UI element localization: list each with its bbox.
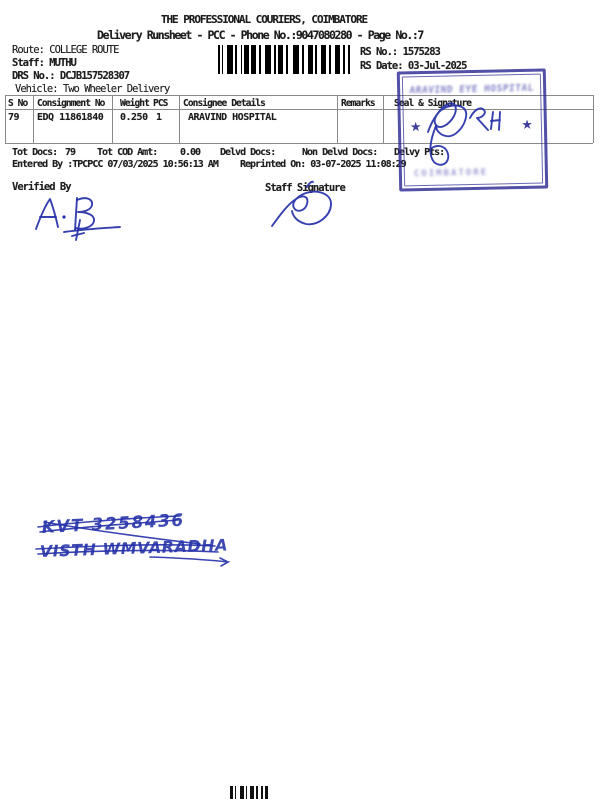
rs-no-value: 1575283 bbox=[403, 46, 440, 58]
table-vline bbox=[337, 95, 338, 143]
staff-signature-label: Staff Signature bbox=[265, 182, 345, 194]
drs-value: DCJB157528307 bbox=[60, 70, 129, 82]
crossed-out-handwriting-line-1: KVT 3258436 bbox=[38, 511, 200, 544]
route-line: Route: COLLEGE ROUTE bbox=[12, 44, 118, 56]
verified-by-label: Verified By bbox=[12, 181, 71, 193]
runsheet-subtitle: Delivery Runsheet - PCC - Phone No.:9047… bbox=[0, 28, 520, 42]
row-s-no: 79 bbox=[8, 112, 19, 123]
rs-no-label: RS No.: bbox=[360, 46, 397, 58]
row-weight: 0.250 bbox=[120, 112, 148, 123]
tot-cod-label: Tot COD Amt: bbox=[97, 147, 157, 158]
table-vline bbox=[593, 95, 594, 143]
rs-date-label: RS Date: bbox=[360, 60, 403, 72]
col-header-s-no: S No bbox=[8, 98, 27, 109]
tot-docs-label: Tot Docs: bbox=[12, 147, 57, 158]
svg-text:VISTH WMVARADHA: VISTH WMVARADHA bbox=[39, 535, 228, 561]
page-title: THE PROFESSIONAL COURIERS, COIMBATORE bbox=[0, 13, 528, 26]
vehicle-label: Vehicle: bbox=[15, 83, 58, 95]
reprinted-on-line: Reprinted On: 03-07-2025 11:08:29 bbox=[240, 159, 406, 170]
svg-text:KVT 3258436: KVT 3258436 bbox=[41, 511, 185, 538]
rs-no-line: RS No.: 1575283 bbox=[360, 46, 440, 58]
row-pcs: 1 bbox=[156, 112, 162, 123]
row-consignment-no: EDQ 11861840 bbox=[37, 112, 103, 123]
table-vline bbox=[179, 95, 180, 143]
col-header-pcs: PCS bbox=[153, 98, 167, 109]
staff-line: Staff: MUTHU bbox=[12, 57, 76, 69]
row-consignee: ARAVIND HOSPITAL bbox=[188, 112, 276, 123]
table-vline bbox=[112, 95, 113, 143]
verified-by-signature bbox=[36, 198, 120, 240]
table-vline bbox=[5, 95, 6, 143]
stamp-faded-bottom-text: COIMBATORE bbox=[414, 168, 488, 180]
tot-docs-value: 79 bbox=[65, 147, 75, 158]
delivery-runsheet-scan: THE PROFESSIONAL COURIERS, COIMBATORE De… bbox=[0, 0, 600, 800]
table-vline bbox=[33, 95, 34, 143]
drs-label: DRS No.: bbox=[12, 70, 55, 82]
route-label: Route: bbox=[12, 44, 44, 56]
route-value: COLLEGE ROUTE bbox=[49, 44, 118, 56]
hospital-rubber-stamp: ARAVIND EYE HOSPITAL ★ ★ COIMBATORE bbox=[397, 68, 548, 191]
stamp-star-icon: ★ bbox=[410, 120, 422, 135]
bottom-mini-barcode bbox=[230, 786, 268, 799]
col-header-weight: Weight bbox=[120, 98, 149, 109]
runsheet-barcode bbox=[218, 45, 352, 74]
staff-value: MUTHU bbox=[49, 57, 76, 69]
delvd-docs-label: Delvd Docs: bbox=[220, 147, 275, 158]
non-delvd-docs-label: Non Delvd Docs: bbox=[302, 147, 377, 158]
vehicle-line: Vehicle: Two Wheeler Delivery bbox=[15, 83, 169, 95]
stamp-star-icon: ★ bbox=[521, 118, 533, 133]
col-header-consignee: Consignee Details bbox=[183, 98, 265, 109]
col-header-consignment: Consignment No bbox=[37, 98, 104, 109]
table-vline bbox=[383, 95, 384, 143]
drs-line: DRS No.: DCJB157528307 bbox=[12, 70, 129, 82]
staff-label: Staff: bbox=[12, 57, 44, 69]
col-header-remarks: Remarks bbox=[341, 98, 375, 109]
entered-by-line: Entered By :TPCPCC 07/03/2025 10:56:13 A… bbox=[12, 159, 218, 170]
crossed-out-handwriting-line-2: VISTH WMVARADHA bbox=[36, 535, 228, 566]
tot-cod-value: 0.00 bbox=[180, 147, 200, 158]
vehicle-value: Two Wheeler Delivery bbox=[63, 83, 169, 95]
